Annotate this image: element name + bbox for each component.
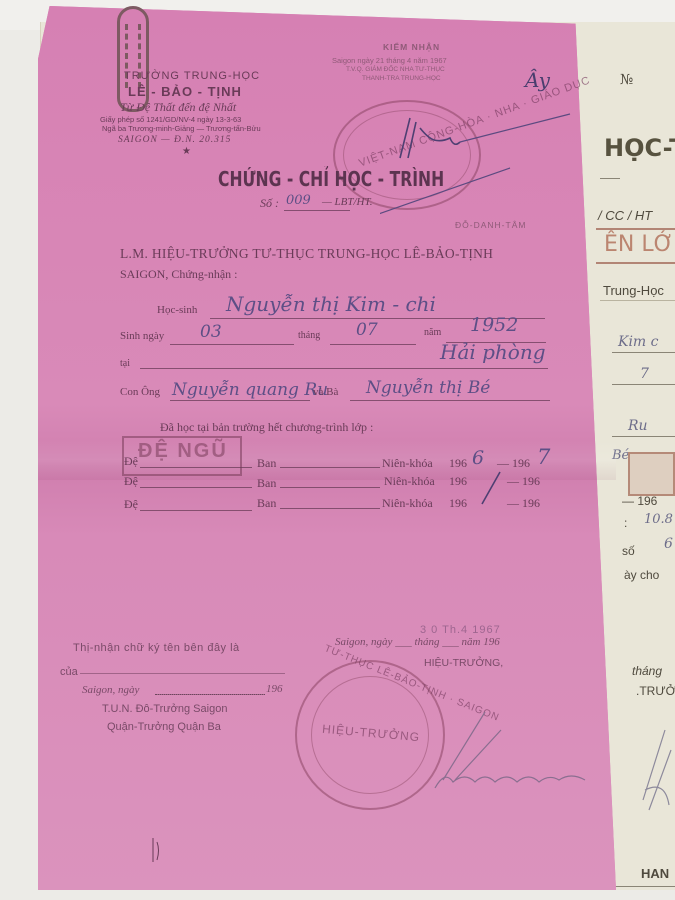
date-stamp: 3 0 Th.4 1967 xyxy=(420,624,501,636)
footer-left-line-3-suffix: 196 xyxy=(266,683,283,695)
birth-month: 07 xyxy=(356,320,378,340)
grade-row-3-from-prefix: 196 xyxy=(449,496,467,511)
grade-row-3-year-label: Niên-khóa xyxy=(382,496,433,511)
verification-officer: ĐỖ-DANH-TÂM xyxy=(455,220,526,230)
birth-day-underline xyxy=(170,344,294,345)
grade-row-3-underline xyxy=(140,510,252,511)
intro-line-2: SAIGON, Chứng-nhận : xyxy=(120,267,238,282)
grade-row-3-label: Đệ xyxy=(124,497,138,512)
month-label: tháng xyxy=(298,330,320,341)
pen-slash-mark-icon xyxy=(478,468,508,508)
under-handwriting-2: 7 xyxy=(640,366,649,382)
grade-row-3-ban: Ban xyxy=(257,496,276,511)
under-so-value: 6 xyxy=(664,536,673,552)
under-handwriting-1: Kim c xyxy=(618,334,659,350)
intro-line-1: L.M. HIỆU-TRƯỞNG TƯ-THỤC TRUNG-HỌC LÊ-BẢ… xyxy=(120,246,493,262)
father-underline xyxy=(170,400,310,401)
verification-date: Saigon ngày 21 tháng 4 năm 1967 xyxy=(332,56,447,65)
grade-row-1-ban-underline xyxy=(280,467,380,468)
grade-row-2-ban: Ban xyxy=(257,476,276,491)
birth-label: Sinh ngày xyxy=(120,330,164,342)
grade-stamp: ĐỆ NGŨ xyxy=(138,440,228,463)
place-underline xyxy=(140,368,548,369)
grade-row-2-ban-underline xyxy=(280,487,380,488)
student-label: Học-sinh xyxy=(157,304,197,316)
verification-office-1: T.V.Q. GIÁM ĐỐC NHA TƯ-THỤC xyxy=(346,66,445,73)
under-handwriting-3: Ru xyxy=(628,418,648,434)
studied-label: Đã học tại bản trường hết chương-trình l… xyxy=(160,420,373,435)
number-underline xyxy=(284,210,350,211)
under-so-label: số xyxy=(622,544,635,558)
principal-signature-icon xyxy=(425,710,605,800)
grade-row-1-from-prefix: 196 xyxy=(449,456,467,471)
grade-row-2-from-prefix: 196 xyxy=(449,474,467,489)
verification-title: KIỂM NHẬN xyxy=(383,42,440,52)
under-score-value: 10.8 xyxy=(644,512,673,527)
under-cert-fragment: ày cho xyxy=(624,568,659,582)
student-name: Nguyễn thị Kim - chi xyxy=(226,292,436,316)
birth-month-underline xyxy=(330,344,416,345)
grade-row-1-from-digit: 6 xyxy=(472,447,484,469)
grade-row-1-label: Đệ xyxy=(124,454,138,469)
grade-row-1-year-label: Niên-khóa xyxy=(382,456,433,471)
under-box-stamp xyxy=(628,452,675,496)
number-suffix: — LBT/HT. xyxy=(322,196,373,208)
number-label: Số : xyxy=(260,196,279,211)
under-number-sign: № xyxy=(620,72,633,88)
number-value: 009 xyxy=(286,193,311,208)
school-address: Ngã ba Trương-minh-Giảng — Trương-tấn-Bử… xyxy=(102,124,261,133)
grade-row-1-to-digit: 7 xyxy=(537,445,550,469)
grade-row-1-underline xyxy=(140,467,252,468)
birth-place: Hải phòng xyxy=(440,340,546,364)
school-city-phone: SAIGON — Đ.N. 20.315 xyxy=(118,135,231,145)
under-score-label: : xyxy=(624,516,627,530)
footer-right-date-line: Saigon, ngày ___ tháng ___ năm 196 xyxy=(335,636,500,648)
under-rule xyxy=(600,300,675,301)
under-year-fragment: — 196 xyxy=(622,494,657,508)
grade-row-2-to-prefix: — 196 xyxy=(507,474,540,489)
footer-left-underline-2 xyxy=(155,694,265,695)
under-title-fragment: HỌC-TRÌ xyxy=(604,134,675,162)
under-bottom-fragment: HAN xyxy=(641,866,669,881)
father-label: Con Ông xyxy=(120,386,160,398)
under-signature-icon xyxy=(635,720,675,820)
footer-left-line-5: Quận-Trưởng Quận Ba xyxy=(107,721,221,733)
grade-row-1-ban: Ban xyxy=(257,456,276,471)
footer-left-underline-1 xyxy=(80,673,285,674)
school-grades: Từ Đệ Thất đến đệ Nhất xyxy=(120,100,236,115)
under-principal-fragment: .TRƯỞ xyxy=(636,684,675,698)
under-code-fragment: / CC / HT xyxy=(598,208,652,223)
under-line xyxy=(612,436,675,437)
footer-left-line-1: Thị-nhận chữ ký tên bên đây là xyxy=(73,642,240,654)
grade-row-3-ban-underline xyxy=(280,508,380,509)
mother-label: và Bà xyxy=(313,386,338,398)
principal-title: HIỆU-TRƯỞNG, xyxy=(424,657,503,669)
under-line xyxy=(612,352,675,353)
footer-left-line-4: T.U.N. Đô-Trưởng Saigon xyxy=(102,703,227,715)
mother-name: Nguyễn thị Bé xyxy=(366,378,490,398)
verification-office-2: THANH-TRA TRUNG-HỌC xyxy=(362,75,441,82)
certificate-title: CHỨNG - CHỈ HỌC - TRÌNH xyxy=(218,167,444,191)
school-line-1: TRƯỜNG TRUNG-HỌC xyxy=(124,70,260,82)
grade-row-2-label: Đệ xyxy=(124,474,138,489)
father-name: Nguyễn quang Ru xyxy=(172,380,328,400)
footer-left-line-2: của xyxy=(60,666,78,678)
under-stamp-fragment: ÊN LỚ xyxy=(604,232,674,257)
year-label: năm xyxy=(424,327,441,338)
under-divider xyxy=(600,178,620,179)
grade-row-3-to-prefix: — 196 xyxy=(507,496,540,511)
mother-underline xyxy=(350,400,550,401)
under-line xyxy=(612,384,675,385)
birth-year: 1952 xyxy=(470,314,518,336)
under-month-fragment: tháng xyxy=(632,664,662,678)
footer-left-line-3: Saigon, ngày xyxy=(82,684,139,696)
under-school-fragment: Trung-Học xyxy=(603,283,664,298)
grade-row-2-year-label: Niên-khóa xyxy=(384,474,435,489)
pencil-mark-icon xyxy=(148,836,162,866)
star-icon: ★ xyxy=(182,146,191,157)
grade-row-2-underline xyxy=(140,487,252,488)
school-name: LÊ - BẢO - TỊNH xyxy=(128,84,242,99)
school-permit: Giấy phép số 1241/GD/NV-4 ngày 13-3-63 xyxy=(100,115,241,124)
place-label: tại xyxy=(120,358,130,369)
birth-day: 03 xyxy=(200,322,222,342)
